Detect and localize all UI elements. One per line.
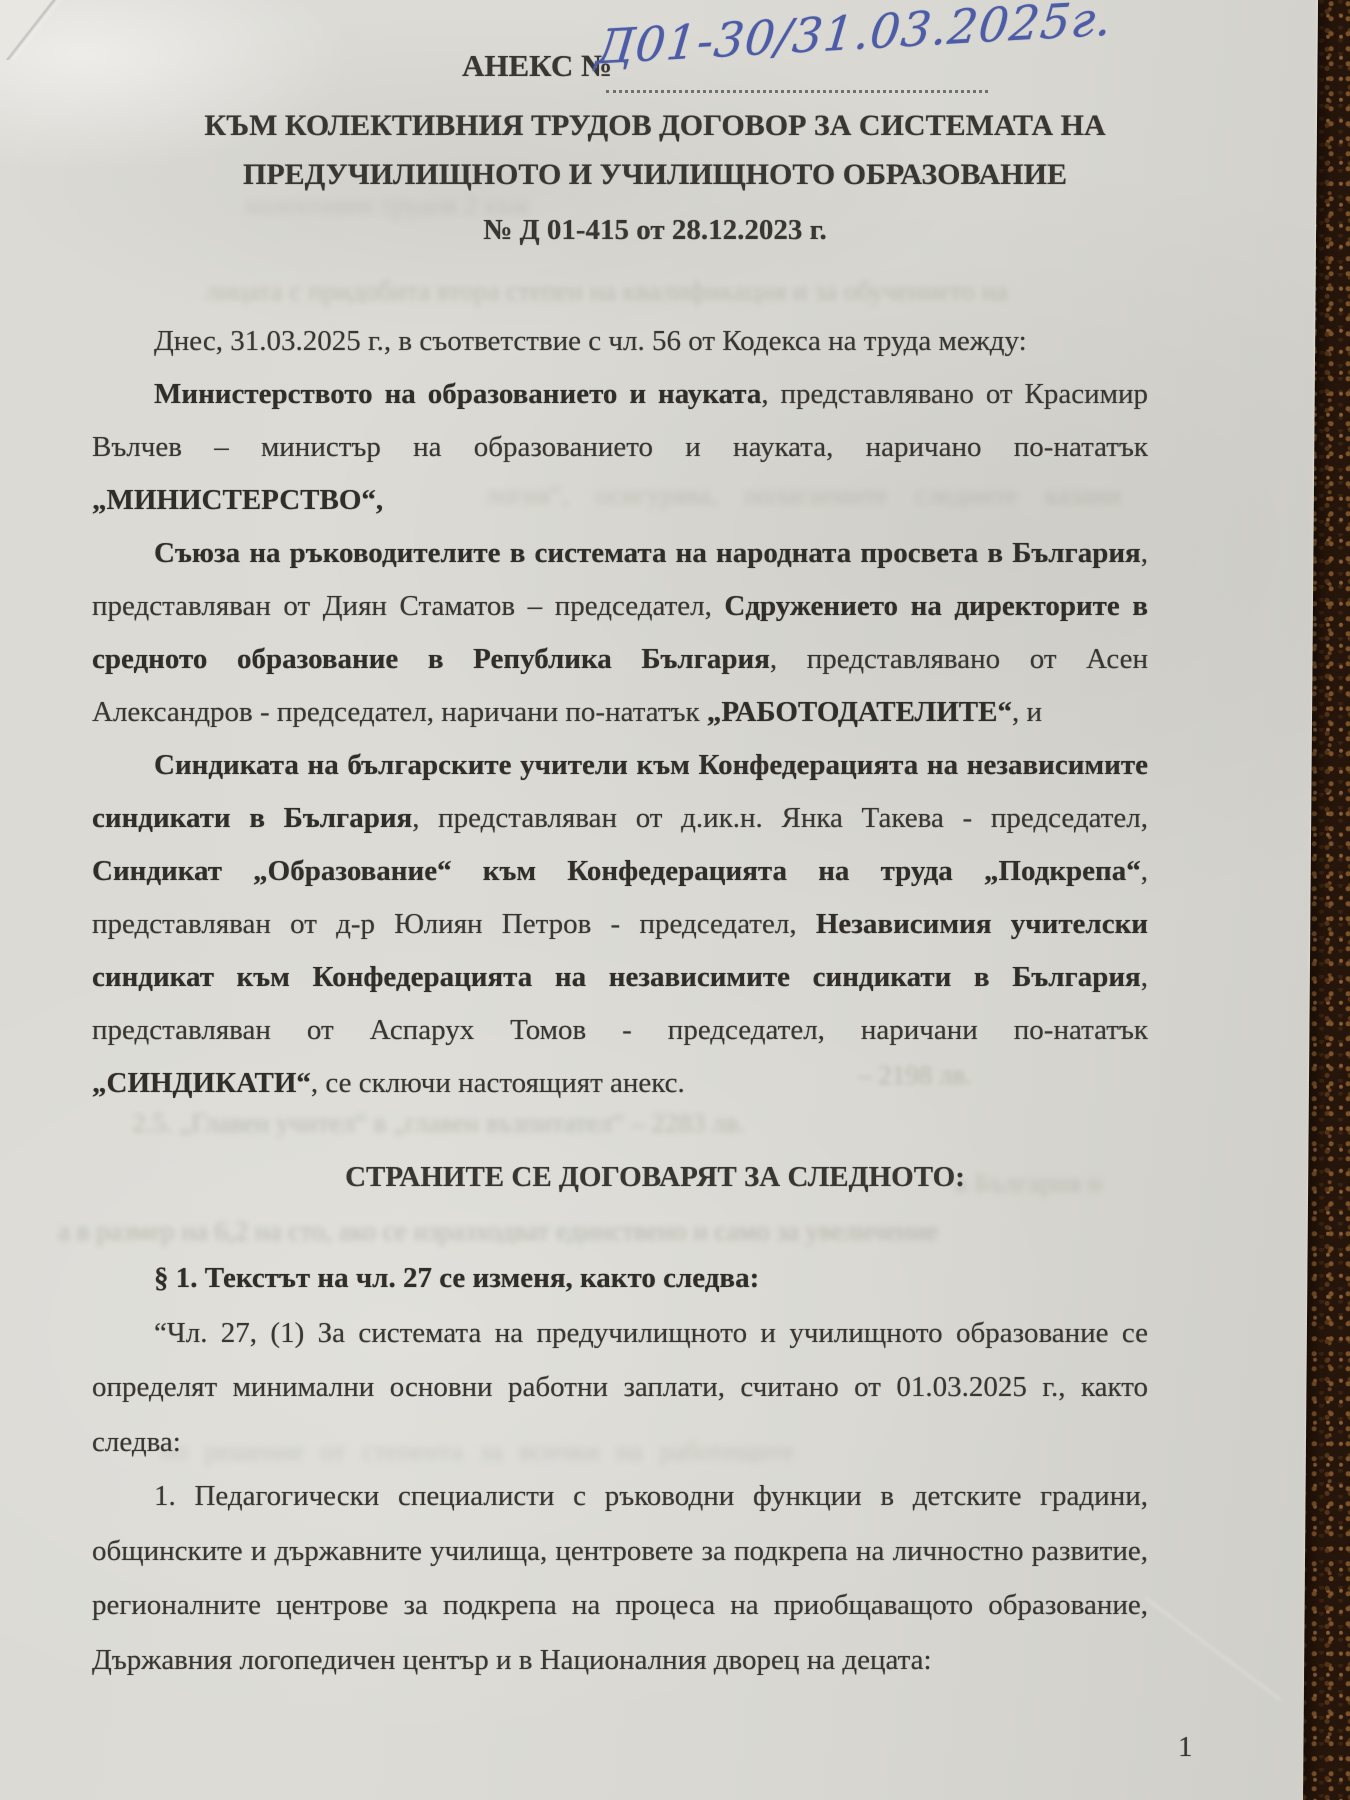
paragraph-line: синдикат към Конфедерацията на независим…	[92, 951, 1148, 1004]
page-number: 1	[1178, 1731, 1193, 1764]
paragraph-line: Синдикат „Образование“ към Конфедерацият…	[92, 845, 1148, 898]
paragraph-line: § 1. Текстът на чл. 27 се изменя, както …	[92, 1251, 1148, 1306]
text-segment: определят минимални основни работни запл…	[92, 1371, 1148, 1403]
paragraph-line: Синдиката на българските учители към Кон…	[92, 739, 1148, 792]
paragraph-line: Съюза на ръководителите в системата на н…	[92, 527, 1148, 580]
bleedthrough-line: 2.5. „Главен учител“ в „главен възпитате…	[132, 1108, 745, 1139]
text-segment: Сдружението на директорите в	[724, 590, 1148, 622]
annex-number-dotted-line	[606, 90, 988, 93]
paper-right-edge	[1303, 0, 1322, 1800]
paragraph-line: Вълчев – министър на образованието и нау…	[92, 421, 1148, 474]
text-segment: Вълчев – министър на образованието и нау…	[92, 431, 1148, 463]
text-segment: регионалните центрове за подкрепа на про…	[92, 1589, 1148, 1621]
paragraph-line: Държавния логопедичен център и в Национа…	[92, 1633, 1148, 1688]
paper-sheet: колективен трудов 2 към лицата с придоби…	[0, 0, 1350, 1800]
paragraph-line: общинските и държавните училища, центров…	[92, 1524, 1148, 1579]
text-segment: § 1. Текстът на чл. 27 се изменя, както …	[154, 1262, 759, 1294]
handwritten-annex-number: Д01-30/31.03.2025г.	[594, 0, 1115, 75]
text-segment: синдикат към Конфедерацията на независим…	[92, 961, 1141, 993]
text-segment: Министерството на образованието и наукат…	[154, 378, 761, 410]
paragraph-line: средното образование в Република Българи…	[92, 633, 1148, 686]
text-segment: ,	[1141, 537, 1148, 569]
text-segment: средното образование в Република Българи…	[92, 643, 770, 675]
paragraph-line: „МИНИСТЕРСТВО“,	[92, 474, 1148, 527]
text-segment: следва:	[92, 1426, 181, 1458]
text-segment: , представляван от д.ик.н. Янка Такева -…	[412, 802, 1148, 834]
text-segment: общинските и държавните училища, центров…	[92, 1535, 1148, 1567]
paragraph-line: “Чл. 27, (1) За системата на предучилищн…	[92, 1306, 1148, 1361]
paragraph-line: определят минимални основни работни запл…	[92, 1360, 1148, 1415]
text-segment: „СИНДИКАТИ“	[92, 1067, 311, 1099]
intro-paragraphs: Днес, 31.03.2025 г., в съответствие с чл…	[92, 315, 1148, 1110]
annex-number-label: АНЕКС №	[462, 44, 612, 88]
text-segment: , представлявано от Красимир	[761, 378, 1148, 410]
text-segment: , се сключи настоящият анекс.	[311, 1067, 685, 1099]
text-segment: Съюза на ръководителите в системата на н…	[154, 537, 1141, 569]
paragraph-line: представляван от д-р Юлиян Петров - пред…	[92, 898, 1148, 951]
text-segment: ,	[1141, 961, 1148, 993]
document-number: № Д 01-415 от 28.12.2023 г.	[92, 208, 1148, 252]
paragraph-line: Министерството на образованието и наукат…	[92, 368, 1148, 421]
text-segment: Независимия учителски	[816, 908, 1148, 940]
text-segment: 1. Педагогически специалисти с ръководни…	[154, 1480, 1148, 1512]
paragraph-line: представляван от Аспарух Томов - председ…	[92, 1004, 1148, 1057]
text-segment: ,	[1141, 855, 1148, 887]
bleedthrough-line: лицата с придобита втора степен на квали…	[205, 276, 1008, 307]
paragraph-line: Александров - председател, наричани по-н…	[92, 686, 1148, 739]
paragraph-line: регионалните центрове за подкрепа на про…	[92, 1578, 1148, 1633]
photographed-page-wrapper: колективен трудов 2 към лицата с придоби…	[0, 0, 1350, 1800]
bleedthrough-line: а в размер на 6,2 на сто, ако се изразхо…	[58, 1216, 938, 1247]
text-segment: , и	[1012, 696, 1042, 728]
text-segment: Александров - председател, наричани по-н…	[92, 696, 707, 728]
document-title-line1: КЪМ КОЛЕКТИВНИЯ ТРУДОВ ДОГОВОР ЗА СИСТЕМ…	[92, 104, 1148, 148]
section-1-paragraphs: § 1. Текстът на чл. 27 се изменя, както …	[92, 1251, 1148, 1687]
text-segment: представляван от Аспарух Томов - председ…	[92, 1014, 1148, 1046]
paragraph-line: синдикати в България, представляван от д…	[92, 792, 1148, 845]
document-title-line2: ПРЕДУЧИЛИЩНОТО И УЧИЛИЩНОТО ОБРАЗОВАНИЕ	[92, 153, 1148, 197]
text-segment: , представлявано от Асен	[770, 643, 1148, 675]
text-segment: Синдикат „Образование“ към Конфедерацият…	[92, 855, 1141, 887]
paragraph-line: Днес, 31.03.2025 г., в съответствие с чл…	[92, 315, 1148, 368]
text-segment: Държавния логопедичен център и в Национа…	[92, 1644, 932, 1676]
text-segment: Синдиката на българските учители към Кон…	[154, 749, 1148, 781]
paragraph-line: следва:	[92, 1415, 1148, 1470]
text-segment: синдикати в България	[92, 802, 412, 834]
text-segment: представляван от д-р Юлиян Петров - пред…	[92, 908, 816, 940]
text-segment: Днес, 31.03.2025 г., в съответствие с чл…	[154, 325, 1027, 357]
paragraph-line: „СИНДИКАТИ“, се сключи настоящият анекс.	[92, 1057, 1148, 1110]
text-segment: представляван от Диян Стаматов – председ…	[92, 590, 724, 622]
paper-crease	[1145, 1597, 1282, 1701]
paragraph-line: 1. Педагогически специалисти с ръководни…	[92, 1469, 1148, 1524]
agreement-section-heading: СТРАНИТЕ СЕ ДОГОВАРЯТ ЗА СЛЕДНОТО:	[92, 1151, 1148, 1204]
paragraph-line: представляван от Диян Стаматов – председ…	[92, 580, 1148, 633]
paper-fold-corner	[0, 0, 72, 60]
text-segment: “Чл. 27, (1) За системата на предучилищн…	[154, 1317, 1148, 1349]
text-segment: „РАБОТОДАТЕЛИТЕ“	[707, 696, 1012, 728]
text-segment: „МИНИСТЕРСТВО“,	[92, 484, 383, 516]
